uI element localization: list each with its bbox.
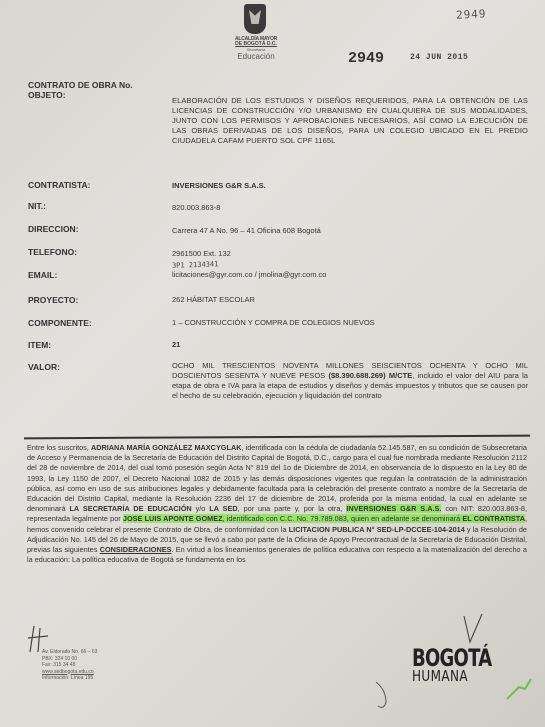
text-fragment: , identificada con la cédula de ciudadan… [27,443,527,513]
signer-name: ADRIANA MARÍA GONZÁLEZ MAXCYGLAK [91,443,242,452]
footer-info-line: Información: Línea 195 [42,675,97,682]
text-fragment: , por una parte y, por la otra, [238,504,347,513]
handwritten-contract-number: 2949 [456,7,487,22]
field-value-proyecto: 262 HÁBITAT ESCOLAR [172,295,255,304]
field-value-telefono: 2961500 Ext. 132 [172,249,231,258]
field-label-telefono: TELEFONO: [28,247,77,257]
text-fragment: Entre los suscritos, [27,443,91,452]
footer-address: Av. Eldorado No. 66 – 63 [42,649,97,656]
representative-id-highlighted: , identificado con C.C. No. 79.789.083, … [223,514,463,523]
field-label-item: ITEM: [28,340,51,350]
tender-process-id: LICITACION PUBLICA N° SED-LP-DCCEE-104-2… [289,525,465,534]
considerations-heading: CONSIDERACIONES [100,545,172,554]
field-label-componente: COMPONENTE: [28,318,92,328]
logo-line2: HUMANA [412,670,497,684]
contractor-alias-highlighted: EL CONTRATISTA [462,514,525,523]
field-label-nit: NIT.: [28,201,46,211]
field-value-contratista: INVERSIONES G&R S.A.S. [172,181,266,190]
text-fragment: y/o [192,504,210,513]
stamped-date: 24 JUN 2015 [410,53,468,62]
footer-contact-info: Av. Eldorado No. 66 – 63 PBX: 324 10 00 … [42,649,97,682]
institution-line4: Educación [224,53,288,61]
field-label-valor: VALOR: [28,362,60,372]
signature-hook-icon [372,680,396,714]
handwritten-phone: 3P1 2134341 [172,260,219,270]
contract-title-label: CONTRATO DE OBRA No. [28,80,133,90]
sed-name: LA SECRETARÍA DE EDUCACIÓN [69,504,191,513]
field-label-direccion: DIRECCION: [28,224,79,234]
sed-short-name: LA SED [209,504,237,513]
section-divider [24,435,530,440]
field-value-valor: Ocho mil trescientos noventa millones se… [172,361,528,401]
field-value-item: 21 [172,340,180,349]
bogota-humana-logo: BOGOTÁ HUMANA [412,648,518,683]
field-label-contratista: CONTRATISTA: [28,180,90,190]
objeto-label: OBJETO: [28,90,66,100]
objeto-text: Elaboración de los estudios y diseños re… [172,96,528,146]
field-label-email: EMAIL: [28,270,57,280]
stamped-contract-number: 2949 [348,50,384,67]
field-label-proyecto: PROYECTO: [28,295,78,305]
institution-logo: ALCALDÍA MAYOR DE BOGOTÁ D.C. Secretaría… [224,37,288,61]
contract-document-page: ALCALDÍA MAYOR DE BOGOTÁ D.C. Secretaría… [0,0,545,727]
field-value-componente: 1 – CONSTRUCCIÓN Y COMPRA DE COLEGIOS NU… [172,318,375,327]
field-value-direccion: Carrera 47 A No. 96 – 41 Oficina 608 Bog… [172,226,321,235]
representative-name-highlighted: JOSE LUIS APONTE GOMEZ [123,514,223,523]
field-value-email: licitaciones@gyr.com.co / jmolina@gyr.co… [172,270,326,279]
contractor-name-highlighted: INVERSIONES G&R S.A.S. [346,504,441,513]
bogota-coat-of-arms-icon [244,4,266,34]
contract-preamble-paragraph: Entre los suscritos, ADRIANA MARÍA GONZÁ… [27,443,527,565]
valor-amount: ($8.390.688.269) M/CTE [328,371,412,380]
field-value-nit: 820.003.863-8 [172,203,220,212]
